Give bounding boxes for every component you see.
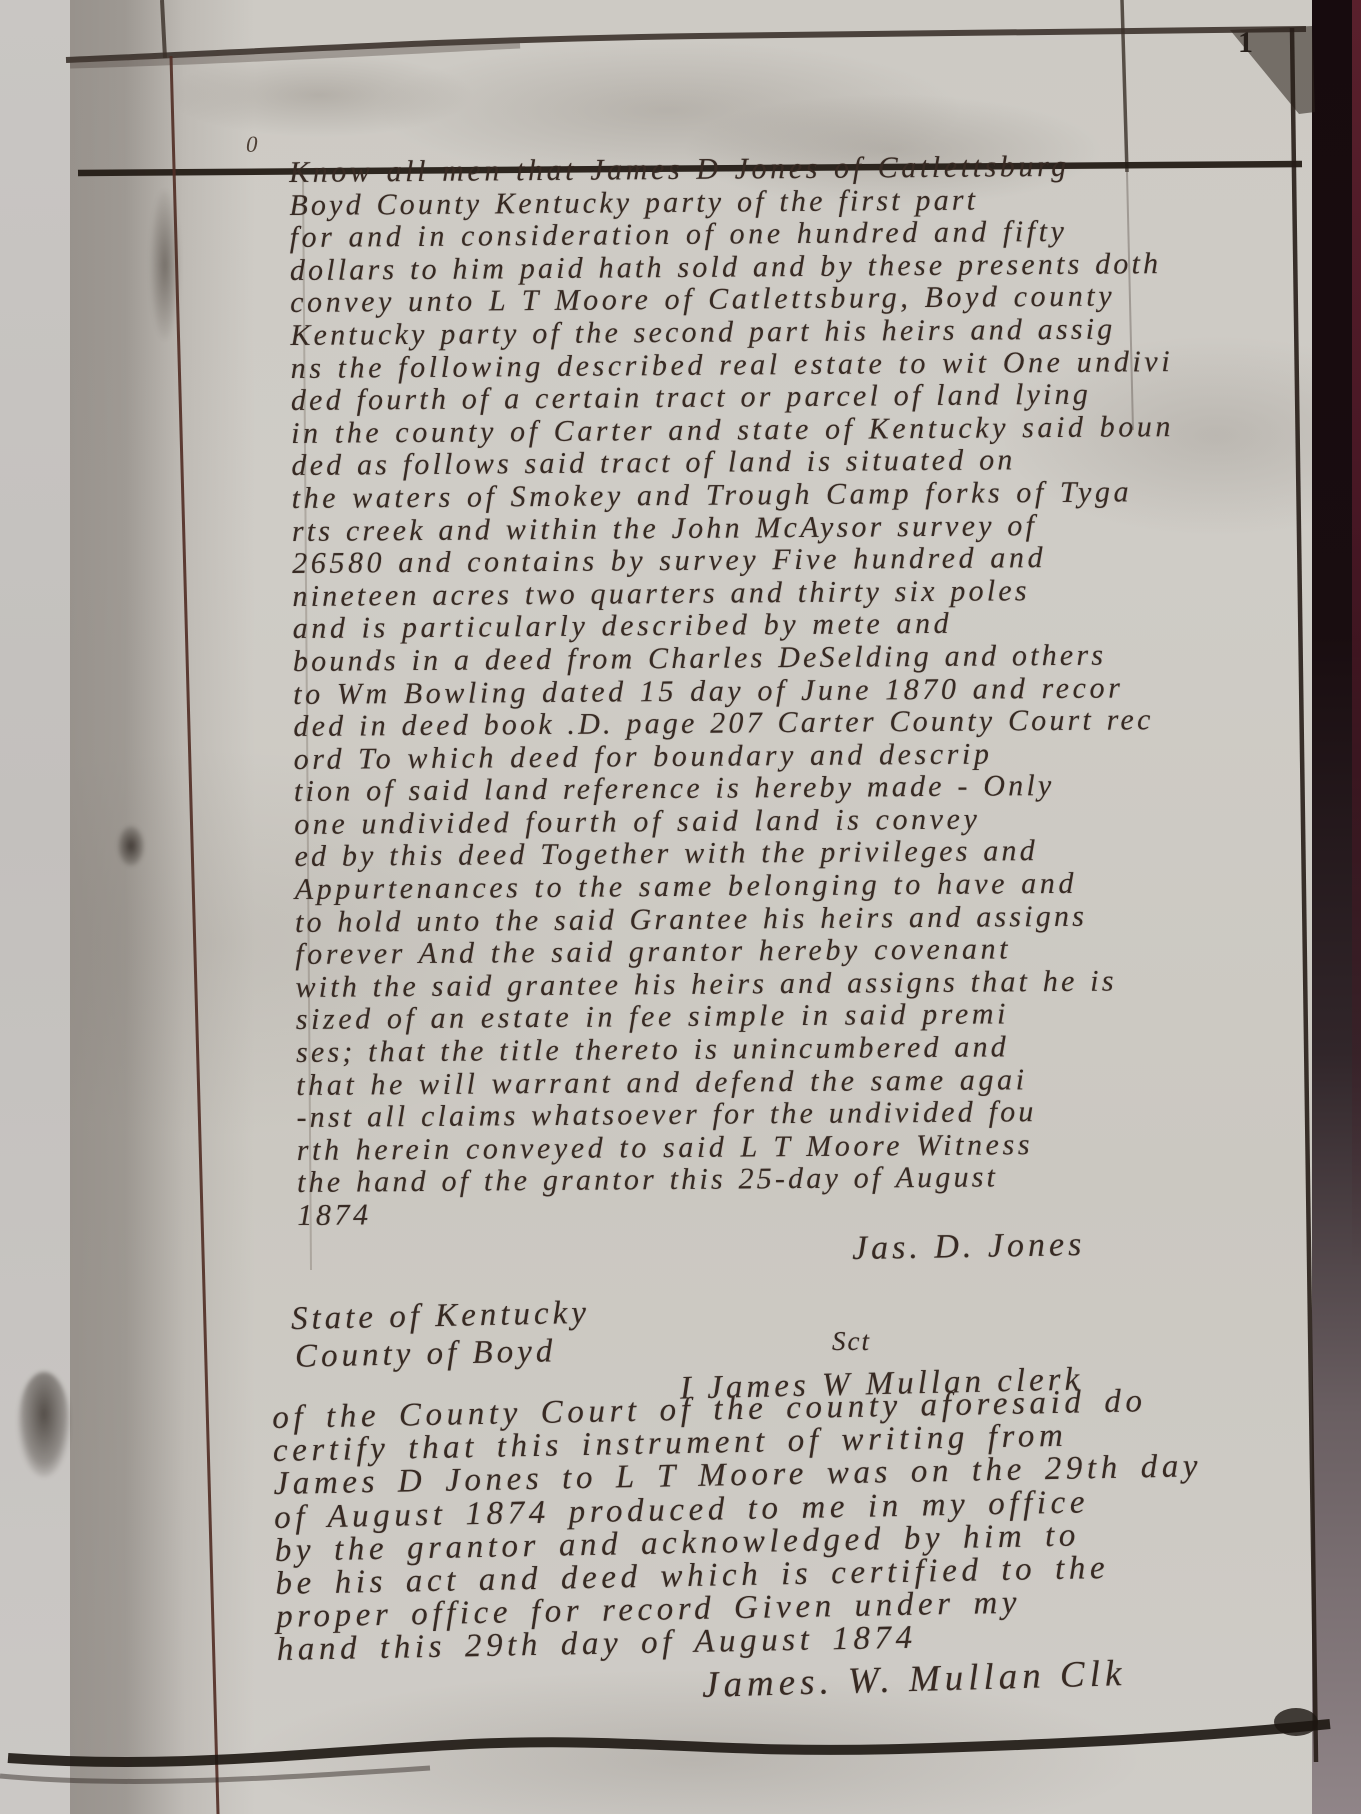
ink-blotch [18, 1372, 70, 1477]
ink-blotch [118, 826, 144, 866]
county-heading: County of Boyd [295, 1333, 557, 1375]
state-heading: State of Kentucky [291, 1295, 591, 1338]
margin-mark: 0 [246, 132, 258, 158]
deed-body-text: Know all men that James D Jones of Catle… [289, 149, 1327, 1233]
page-crease [1122, 0, 1127, 172]
page-number: 1 [1238, 26, 1254, 60]
deed-book-page-scan: 1 0 Know all men that James D Jones of C… [0, 0, 1361, 1814]
ink-blotch [150, 190, 180, 340]
margin-rule-line [171, 56, 218, 1814]
certification-text: of the County Court of the county afores… [272, 1382, 1327, 1668]
page-bottom-edge [8, 1724, 1330, 1762]
grantor-signature: Jas. D. Jones [852, 1226, 1086, 1268]
sct-abbreviation: Sct [832, 1326, 871, 1357]
